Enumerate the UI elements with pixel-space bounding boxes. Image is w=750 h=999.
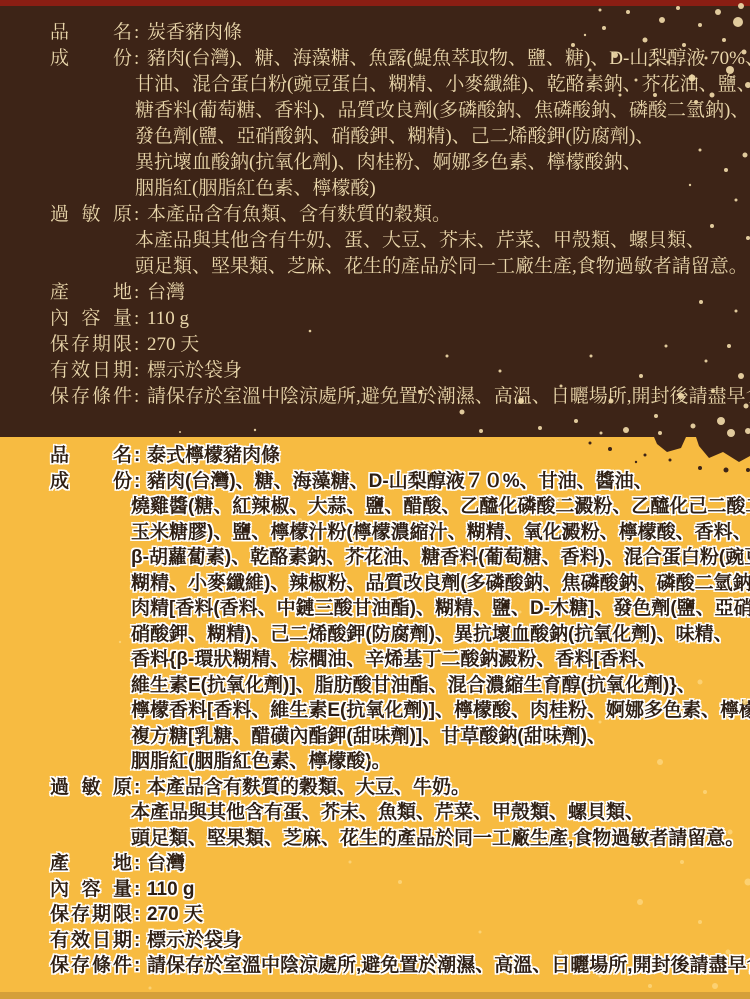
label-colon: : [132, 306, 142, 332]
product-name-value: 炭香豬肉條 [147, 20, 744, 46]
field-row-product-name: 品名: 炭香豬肉條 [50, 20, 744, 46]
label-colon: : [132, 953, 143, 979]
field-row-net-weight: 內容量: 110 g [50, 877, 744, 903]
field-label: 保存條件 [50, 953, 132, 979]
field-row-product-name: 品名: 泰式檸檬豬肉條 [50, 443, 744, 469]
ingredients-line: 硝酸鉀、糊精)、己二烯酸鉀(防腐劑)、異抗壞血酸鈉(抗氧化劑)、味精、 [131, 622, 744, 648]
label-colon: : [132, 851, 143, 877]
field-value: 台灣 [147, 280, 744, 306]
allergens-line: 頭足類、堅果類、芝麻、花生的產品於同一工廠生產,食物過敏者請留意。 [135, 254, 744, 280]
label-colon: : [132, 332, 142, 358]
expiry-date-value: 標示於袋身 [147, 928, 744, 954]
field-row-shelf-life: 保存期限: 270 天 [50, 902, 744, 928]
field-row-origin: 產地: 台灣 [50, 280, 744, 306]
field-value: 本產品含有魚類、含有麩質的穀類。 本產品與其他含有牛奶、蛋、大豆、芥末、芹菜、甲… [147, 202, 744, 280]
field-label: 保存期限 [50, 332, 132, 358]
field-label: 產地 [50, 851, 132, 877]
net-weight-value: 110 g [147, 877, 744, 903]
field-label: 品名 [50, 20, 132, 46]
ingredients-line: 檸檬香料[香料、維生素E(抗氧化劑)]、檸檬酸、肉桂粉、婀娜多色素、檸檬酸鈉、 [131, 698, 744, 724]
ingredients-line: 肉精[香料(香料、中鏈三酸甘油酯)、糊精、鹽、D-木糖]、發色劑(鹽、亞硝酸鈉、 [131, 596, 744, 622]
field-row-origin: 產地: 台灣 [50, 851, 744, 877]
product-label-card: 品名: 炭香豬肉條 成份: 豬肉(台灣)、糖、海藻糖、魚露(鯷魚萃取物、鹽、糖)… [0, 0, 750, 999]
field-label: 保存期限 [50, 902, 132, 928]
ingredients-line: 維生素E(抗氧化劑)]、脂肪酸甘油酯、混合濃縮生育醇(抗氧化劑)}、 [131, 673, 744, 699]
ingredients-line: 豬肉(台灣)、糖、海藻糖、魚露(鯷魚萃取物、鹽、糖)、D-山梨醇液 70%、 [147, 46, 744, 72]
allergens-line: 本產品含有魚類、含有麩質的穀類。 [147, 202, 744, 228]
field-value: 本產品含有麩質的穀類、大豆、牛奶。 本產品與其他含有蛋、芥末、魚類、芹菜、甲殼類… [147, 775, 744, 852]
origin-value: 台灣 [147, 851, 744, 877]
bottom-shadow-edge [0, 992, 750, 999]
ingredients-line: 香料{β-環狀糊精、棕櫚油、辛烯基丁二酸鈉澱粉、香料[香料、 [131, 647, 744, 673]
label-colon: : [132, 775, 143, 801]
field-row-ingredients: 成份: 豬肉(台灣)、糖、海藻糖、D-山梨醇液７０%、甘油、醬油、 燒雞醬(糖、… [50, 469, 744, 775]
field-label: 成份 [50, 469, 132, 495]
allergens-line: 頭足類、堅果類、芝麻、花生的產品於同一工廠生產,食物過敏者請留意。 [131, 826, 744, 852]
label-colon: : [132, 469, 143, 495]
ingredients-line: 胭脂紅(胭脂紅色素、檸檬酸) [135, 176, 744, 202]
field-row-expiry-date: 有效日期: 標示於袋身 [50, 928, 744, 954]
ingredients-line: 豬肉(台灣)、糖、海藻糖、D-山梨醇液７０%、甘油、醬油、 [147, 469, 744, 495]
product-name-value: 泰式檸檬豬肉條 [147, 443, 744, 469]
net-weight-value: 110 g [147, 306, 744, 332]
allergens-line: 本產品與其他含有蛋、芥末、魚類、芹菜、甲殼類、螺貝類、 [131, 800, 744, 826]
field-label: 有效日期 [50, 928, 132, 954]
label-colon: : [132, 384, 142, 410]
field-label: 內容量 [50, 877, 132, 903]
expiry-date-value: 標示於袋身 [147, 358, 744, 384]
label-colon: : [132, 202, 142, 228]
field-value: 請保存於室溫中陰涼處所,避免置於潮濕、高溫、日曬場所,開封後請盡早食用。 [147, 953, 744, 979]
field-label: 過敏原 [50, 202, 132, 228]
field-label: 有效日期 [50, 358, 132, 384]
label-colon: : [132, 20, 142, 46]
field-value: 110 g [147, 877, 744, 903]
lemon-pork-section: 品名: 泰式檸檬豬肉條 成份: 豬肉(台灣)、糖、海藻糖、D-山梨醇液７０%、甘… [0, 437, 750, 999]
ingredients-line: 異抗壞血酸鈉(抗氧化劑)、肉桂粉、婀娜多色素、檸檬酸鈉、 [135, 150, 744, 176]
field-value: 炭香豬肉條 [147, 20, 744, 46]
charcoal-pork-section: 品名: 炭香豬肉條 成份: 豬肉(台灣)、糖、海藻糖、魚露(鯷魚萃取物、鹽、糖)… [0, 6, 750, 437]
field-value: 110 g [147, 306, 744, 332]
ingredients-line: 甘油、混合蛋白粉(豌豆蛋白、糊精、小麥纖維)、乾酪素鈉、芥花油、鹽、 [135, 72, 744, 98]
origin-value: 台灣 [147, 280, 744, 306]
field-row-allergens: 過敏原: 本產品含有麩質的穀類、大豆、牛奶。 本產品與其他含有蛋、芥末、魚類、芹… [50, 775, 744, 852]
field-row-net-weight: 內容量: 110 g [50, 306, 744, 332]
ingredients-line: 複方糖[乳糖、醋磺內酯鉀(甜味劑)]、甘草酸鈉(甜味劑)、 [131, 724, 744, 750]
label-colon: : [132, 358, 142, 384]
field-row-expiry-date: 有效日期: 標示於袋身 [50, 358, 744, 384]
field-label: 品名 [50, 443, 132, 469]
allergens-line: 本產品含有麩質的穀類、大豆、牛奶。 [147, 775, 744, 801]
storage-value: 請保存於室溫中陰涼處所,避免置於潮濕、高溫、日曬場所,開封後請盡早食用。 [147, 953, 744, 979]
field-value: 請保存於室溫中陰涼處所,避免置於潮濕、高溫、日曬場所,開封後請盡早食用。 [147, 384, 744, 410]
field-value: 270 天 [147, 902, 744, 928]
field-row-storage: 保存條件: 請保存於室溫中陰涼處所,避免置於潮濕、高溫、日曬場所,開封後請盡早食… [50, 953, 744, 979]
field-value: 標示於袋身 [147, 928, 744, 954]
ingredients-line: 胭脂紅(胭脂紅色素、檸檬酸)。 [131, 749, 744, 775]
allergens-line: 本產品與其他含有牛奶、蛋、大豆、芥末、芹菜、甲殼類、螺貝類、 [135, 228, 744, 254]
label-colon: : [132, 928, 143, 954]
field-label: 成份 [50, 46, 132, 72]
field-value: 豬肉(台灣)、糖、海藻糖、魚露(鯷魚萃取物、鹽、糖)、D-山梨醇液 70%、 甘… [147, 46, 744, 202]
ingredients-line: 發色劑(鹽、亞硝酸鈉、硝酸鉀、糊精)、己二烯酸鉀(防腐劑)、 [135, 124, 744, 150]
field-row-shelf-life: 保存期限: 270 天 [50, 332, 744, 358]
field-row-allergens: 過敏原: 本產品含有魚類、含有麩質的穀類。 本產品與其他含有牛奶、蛋、大豆、芥末… [50, 202, 744, 280]
label-colon: : [132, 280, 142, 306]
ingredients-line: 燒雞醬(糖、紅辣椒、大蒜、鹽、醋酸、乙醯化磷酸二澱粉、乙醯化己二酸二澱粉、 [131, 494, 744, 520]
label-colon: : [132, 902, 143, 928]
shelf-life-value: 270 天 [147, 332, 744, 358]
field-value: 台灣 [147, 851, 744, 877]
field-value: 豬肉(台灣)、糖、海藻糖、D-山梨醇液７０%、甘油、醬油、 燒雞醬(糖、紅辣椒、… [147, 469, 744, 775]
storage-value: 請保存於室溫中陰涼處所,避免置於潮濕、高溫、日曬場所,開封後請盡早食用。 [147, 384, 744, 410]
field-value: 泰式檸檬豬肉條 [147, 443, 744, 469]
field-label: 內容量 [50, 306, 132, 332]
ingredients-line: 糊精、小麥纖維)、辣椒粉、品質改良劑(多磷酸鈉、焦磷酸鈉、磷酸二氫鈉)、 [131, 571, 744, 597]
field-label: 產地 [50, 280, 132, 306]
shelf-life-value: 270 天 [147, 902, 744, 928]
ingredients-line: β-胡蘿蔔素)、乾酪素鈉、芥花油、糖香料(葡萄糖、香料)、混合蛋白粉(豌豆蛋白、 [131, 545, 744, 571]
field-row-ingredients: 成份: 豬肉(台灣)、糖、海藻糖、魚露(鯷魚萃取物、鹽、糖)、D-山梨醇液 70… [50, 46, 744, 202]
ingredients-line: 糖香料(葡萄糖、香料)、品質改良劑(多磷酸鈉、焦磷酸鈉、磷酸二氫鈉)、 [135, 98, 744, 124]
field-value: 標示於袋身 [147, 358, 744, 384]
field-label: 保存條件 [50, 384, 132, 410]
field-row-storage: 保存條件: 請保存於室溫中陰涼處所,避免置於潮濕、高溫、日曬場所,開封後請盡早食… [50, 384, 744, 410]
label-colon: : [132, 443, 143, 469]
field-label: 過敏原 [50, 775, 132, 801]
label-colon: : [132, 46, 142, 72]
field-value: 270 天 [147, 332, 744, 358]
ingredients-line: 玉米糖膠)、鹽、檸檬汁粉(檸檬濃縮汁、糊精、氧化澱粉、檸檬酸、香料、 [131, 520, 744, 546]
label-colon: : [132, 877, 143, 903]
